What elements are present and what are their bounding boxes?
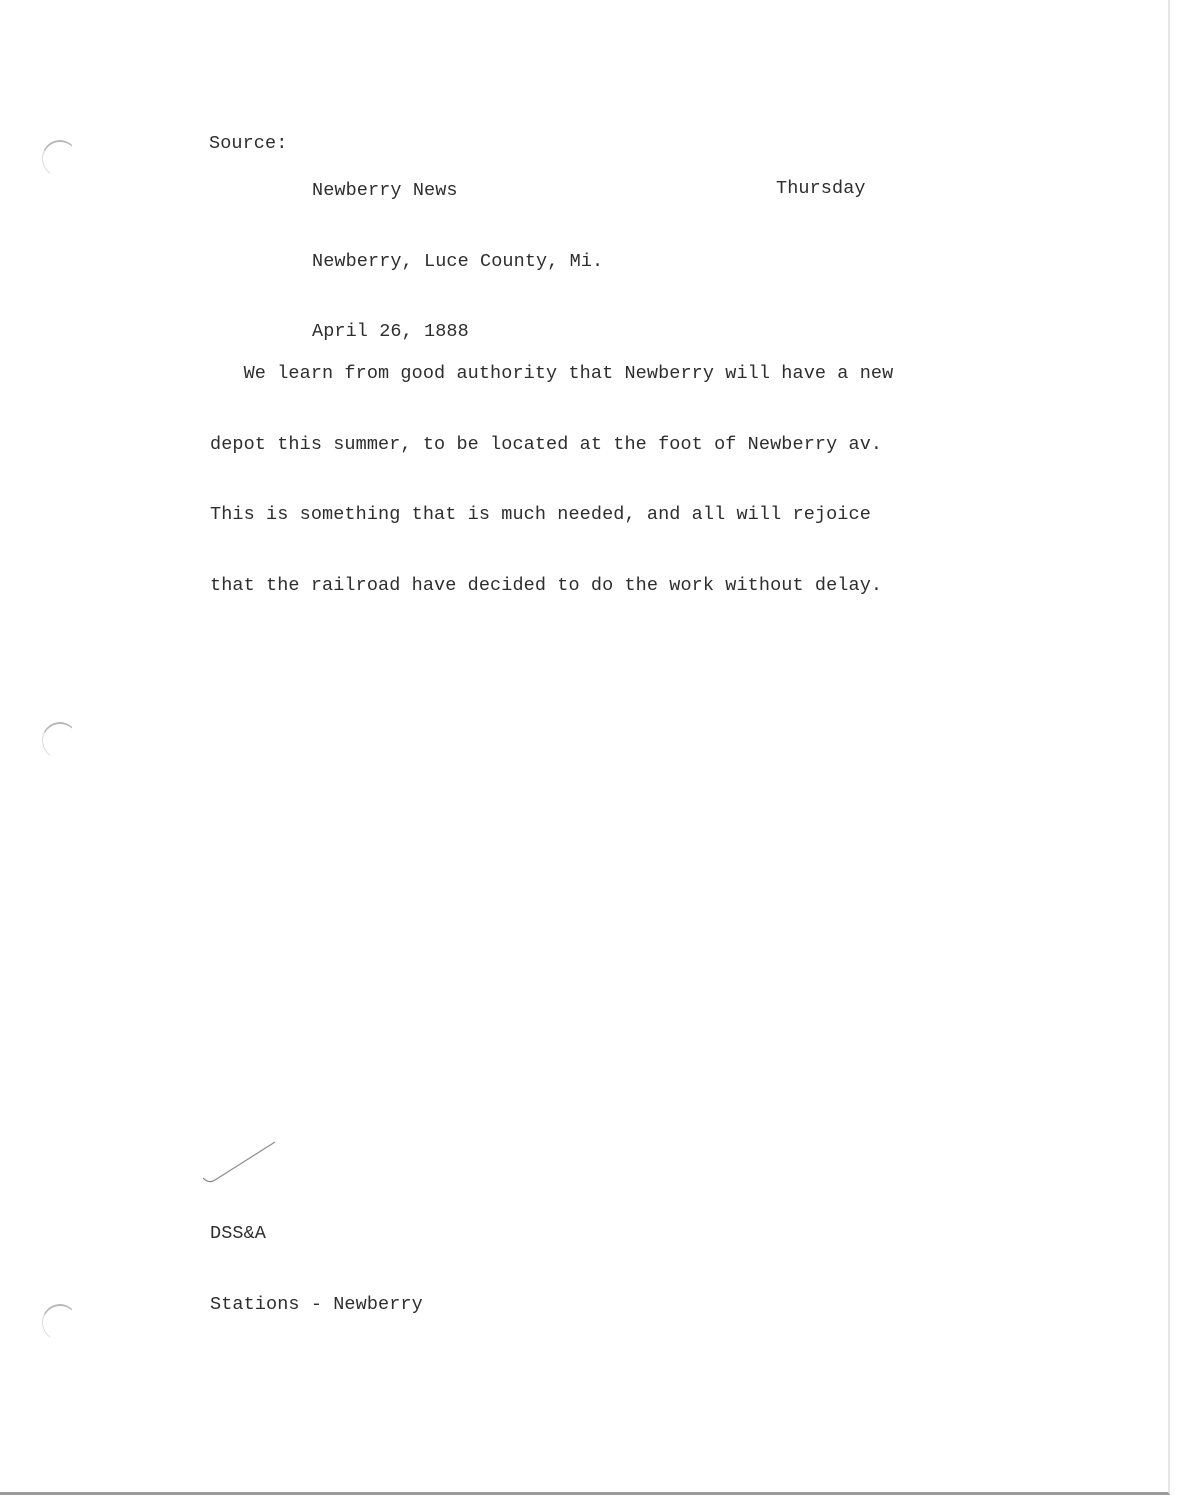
article-line: This is something that is much needed, a… (210, 503, 893, 527)
filing-footer: DSS&A Stations - Newberry (210, 1175, 423, 1363)
punch-hole-bottom (39, 1301, 81, 1344)
punch-hole-middle (39, 719, 81, 762)
article-line: We learn from good authority that Newber… (210, 362, 893, 386)
publication-day: Thursday (776, 177, 866, 201)
filing-subject: Stations - Newberry (210, 1293, 423, 1317)
source-label: Source: (209, 132, 287, 156)
article-line: that the railroad have decided to do the… (210, 574, 893, 598)
newspaper-name: Newberry News (312, 179, 603, 203)
filing-category: DSS&A (210, 1222, 423, 1246)
newspaper-location: Newberry, Luce County, Mi. (312, 250, 603, 274)
punch-hole-top (39, 137, 81, 180)
document-page: Source: Newberry News Newberry, Luce Cou… (0, 0, 1170, 1495)
article-line: depot this summer, to be located at the … (210, 433, 893, 457)
article-body: We learn from good authority that Newber… (210, 315, 893, 644)
